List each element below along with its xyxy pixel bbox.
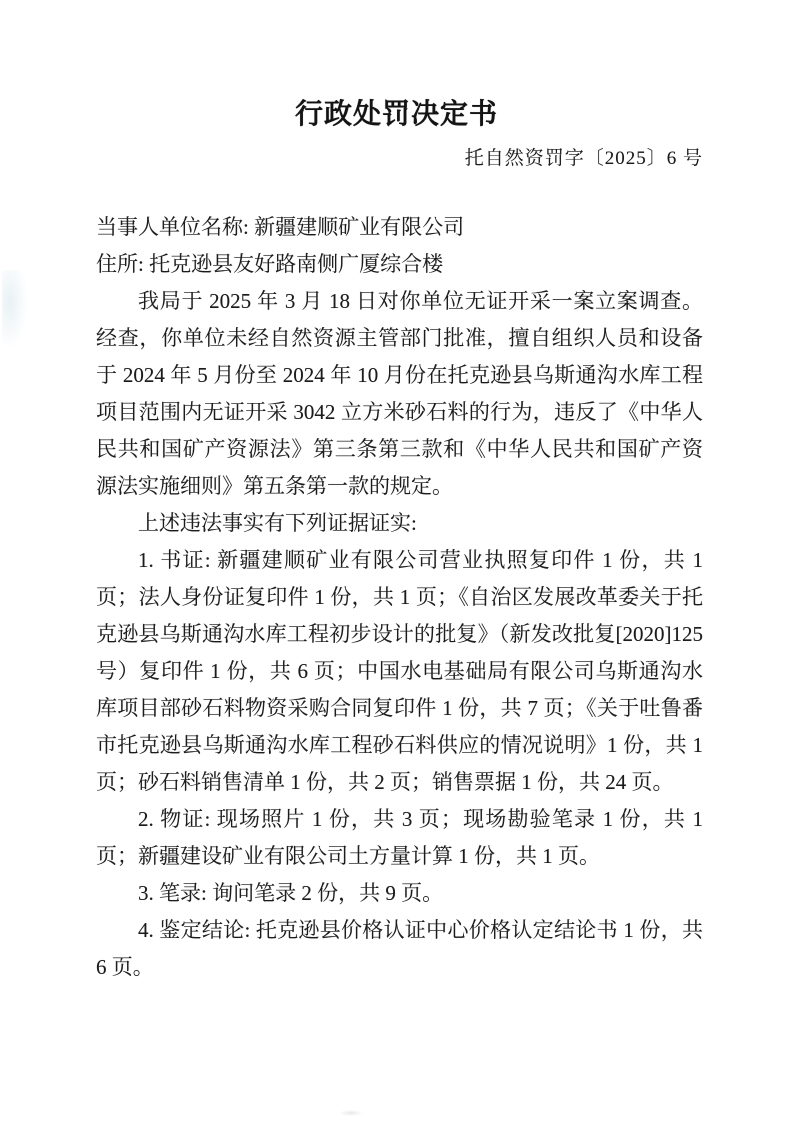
evidence-item-documentary: 1. 书证: 新疆建顺矿业有限公司营业执照复印件 1 份，共 1 页；法人身份证… — [96, 542, 703, 801]
evidence-item-physical: 2. 物证: 现场照片 1 份，共 3 页；现场勘验笔录 1 份，共 1 页；新… — [96, 801, 703, 875]
scanned-document-page: 行政处罚决定书 托自然资罚字〔2025〕6 号 当事人单位名称: 新疆建顺矿业有… — [0, 0, 793, 1122]
document-number: 托自然资罚字〔2025〕6 号 — [96, 143, 703, 170]
scan-artifact-left-edge — [2, 270, 28, 350]
evidence-intro-line: 上述违法事实有下列证据证实: — [96, 505, 703, 542]
document-title: 行政处罚决定书 — [0, 92, 793, 132]
party-name-line: 当事人单位名称: 新疆建顺矿业有限公司 — [96, 209, 703, 246]
document-body: 当事人单位名称: 新疆建顺矿业有限公司 住所: 托克逊县友好路南侧广厦综合楼 我… — [96, 209, 703, 986]
case-intro-paragraph: 我局于 2025 年 3 月 18 日对你单位无证开采一案立案调查。经查，你单位… — [96, 283, 703, 505]
scan-artifact-bottom — [340, 1110, 362, 1116]
evidence-item-transcripts: 3. 笔录: 询问笔录 2 份，共 9 页。 — [96, 875, 703, 912]
evidence-item-appraisal: 4. 鉴定结论: 托克逊县价格认证中心价格认定结论书 1 份，共 6 页。 — [96, 912, 703, 986]
party-address-line: 住所: 托克逊县友好路南侧广厦综合楼 — [96, 246, 703, 283]
